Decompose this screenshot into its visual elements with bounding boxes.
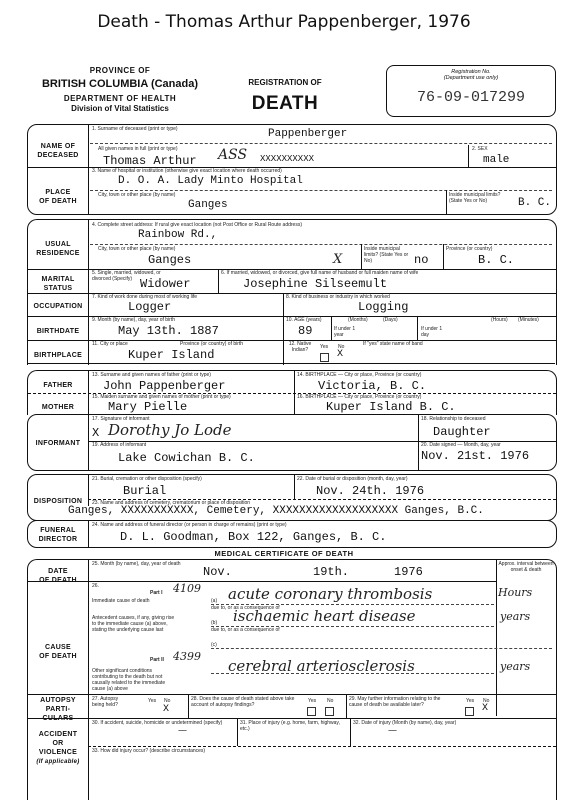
label-birthdate: BIRTHDATE <box>28 327 88 336</box>
section-disposition: DISPOSITION 21. Burial, cremation or oth… <box>27 474 557 521</box>
birth-city-label: 11. City or place <box>92 341 128 347</box>
label-cause-of-death: CAUSEOF DEATH <box>28 643 88 661</box>
label-occupation: OCCUPATION <box>28 302 88 311</box>
immediate-cause-label: Immediate cause of death <box>92 598 150 604</box>
q31-label: 31. Place of injury (e.g. home, farm, hi… <box>240 720 340 732</box>
disposition-method-value: Burial <box>123 484 166 498</box>
other-conditions-label: Other significant conditions contributin… <box>92 668 177 692</box>
section-funeral-director: FUNERALDIRECTOR 24. Name and address of … <box>27 520 557 548</box>
medical-certificate-title: MEDICAL CERTIFICATE OF DEATH <box>0 549 568 558</box>
q32-label: 32. Date of injury (Month (by name), day… <box>353 720 456 726</box>
antecedent-label: Antecedent causes, if any, giving rise t… <box>92 615 177 633</box>
label-funeral-director: FUNERALDIRECTOR <box>28 526 88 544</box>
part2-label: Part II <box>150 657 164 663</box>
death-municipal-label: Inside municipal limits? (State Yes or N… <box>449 192 504 204</box>
q28-yes-checkbox[interactable] <box>307 707 316 716</box>
death-city-label: City, town or other place (by name) <box>98 192 175 198</box>
native-no-mark: X <box>337 349 343 360</box>
label-accident-or-violence: ACCIDENTORVIOLENCE(If applicable) <box>28 730 88 767</box>
label-usual-residence: USUALRESIDENCE <box>28 240 88 258</box>
band-label: If "yes" state name of band <box>363 341 423 347</box>
section-informant: INFORMANT 17. Signature of informant X D… <box>27 414 557 471</box>
hospital-label: 3. Name of hospital or institution (othe… <box>92 168 282 174</box>
birth-city-value: Kuper Island <box>128 348 214 362</box>
death-year: 1976 <box>394 565 423 579</box>
given-names-label: All given names in full (print or type) <box>98 146 177 152</box>
informant-address-value: Lake Cowichan B. C. <box>118 451 255 465</box>
business-value: Logging <box>358 300 408 314</box>
section-parents: FATHER 13. Surname and given names of fa… <box>27 370 557 415</box>
minutes-label: (Minutes) <box>518 317 539 323</box>
res-city-label: City, town or other place (by name) <box>98 246 175 252</box>
q29-yes-checkbox[interactable] <box>465 707 474 716</box>
q28-yes: Yes <box>308 698 316 704</box>
cause-b-interval: years <box>500 610 530 623</box>
if-applicable: (If applicable) <box>36 759 79 765</box>
sex-value: male <box>483 154 509 166</box>
given-struck-text: XXXXXXXXXX <box>260 154 314 164</box>
months-label: (Months) <box>348 317 368 323</box>
marital-value: Widower <box>140 277 190 291</box>
q28-no: No <box>327 698 333 704</box>
mother-birthplace-value: Kuper Island B. C. <box>326 400 456 414</box>
divider <box>27 363 555 364</box>
funeral-director-value: D. L. Goodman, Box 122, Ganges, B. C. <box>120 530 386 544</box>
q27-no-mark: X <box>163 704 169 715</box>
cause-a-value: acute coronary thrombosis <box>228 585 432 603</box>
res-province-label: Province (or country) <box>446 246 492 252</box>
q29-no-mark: X <box>482 703 488 714</box>
part1-code: 4109 <box>173 582 201 595</box>
registration-number: 76-09-017299 <box>387 89 555 106</box>
part2-interval: years <box>500 660 530 673</box>
label-mother: MOTHER <box>28 403 88 412</box>
work-value: Logger <box>128 300 171 314</box>
q28-no-checkbox[interactable] <box>325 707 334 716</box>
father-name-label: 13. Surname and given names of father (p… <box>92 372 211 378</box>
q27-yes: Yes <box>148 698 156 704</box>
native-indian-label: 12. Native Indian? <box>286 341 314 353</box>
death-date-label: 25. Month (by name), day, year of death <box>92 561 181 567</box>
father-birthplace-label: 14. BIRTHPLACE — City or place, Province… <box>297 372 421 378</box>
date-signed-value: Nov. 21st. 1976 <box>421 449 529 463</box>
form-title: REGISTRATION OF DEATH <box>230 78 340 115</box>
under-year-label: If under 1 year <box>334 326 360 338</box>
surname-label: 1. Surname of deceased (print or type) <box>92 126 178 132</box>
death-month: Nov. <box>203 565 232 579</box>
death-heading: DEATH <box>230 93 340 115</box>
label-birthplace: BIRTHPLACE <box>28 351 88 360</box>
relationship-label: 18. Relationship to deceased <box>421 416 486 422</box>
q32-dash: — <box>388 726 397 736</box>
section-residence: USUALRESIDENCE 4. Complete street addres… <box>27 219 557 365</box>
birth-province-label: Province (or country) of birth <box>180 341 243 347</box>
birthdate-value: May 13th. 1887 <box>118 324 219 338</box>
informant-signature: Dorothy Jo Lode <box>108 421 231 439</box>
reg-no-sub: (Department use only) <box>387 75 555 81</box>
street-value: Rainbow Rd., <box>138 229 217 241</box>
q29-label: 29. May further information relating to … <box>349 696 454 708</box>
label-name-of-deceased: NAME OFDECEASED <box>28 142 88 160</box>
spouse-label: 6. If married, widowed, or divorced, giv… <box>221 270 418 276</box>
cause-a-interval: Hours <box>498 586 532 599</box>
given-names-value: Thomas Arthur <box>103 154 197 168</box>
province-of: PROVINCE OF <box>40 66 200 75</box>
mother-name-value: Mary Pielle <box>108 400 187 414</box>
q27-label: 27. Autopsy being held? <box>92 696 127 708</box>
days-label: (Days) <box>383 317 398 323</box>
res-city-mark: X <box>333 252 342 267</box>
res-province-value: B. C. <box>478 253 514 267</box>
age-value: 89 <box>298 324 312 338</box>
hospital-value: D. O. A. Lady Minto Hospital <box>118 175 303 187</box>
section-medical: DATEOF DEATH 25. Month (by name), day, y… <box>27 559 557 800</box>
death-municipal-value: B. C. <box>518 197 551 209</box>
hours-label: (Hours) <box>491 317 508 323</box>
cause-b-value: ischaemic heart disease <box>233 607 416 625</box>
res-city-value: Ganges <box>148 253 191 267</box>
label-informant: INFORMANT <box>28 439 88 448</box>
native-yes-checkbox[interactable] <box>320 353 329 362</box>
part2-code: 4399 <box>173 650 201 663</box>
sex-label: 2. SEX <box>472 146 488 152</box>
given-annotation: ASS <box>218 147 247 163</box>
label-father: FATHER <box>28 381 88 390</box>
father-birthplace-value: Victoria, B. C. <box>318 379 426 393</box>
province-header: PROVINCE OF BRITISH COLUMBIA (Canada) DE… <box>40 66 200 113</box>
part1-label: Part I <box>150 590 163 596</box>
page-title: Death - Thomas Arthur Pappenberger, 1976 <box>0 12 568 32</box>
department-name: DEPARTMENT OF HEALTH <box>40 94 200 103</box>
q30-dash: — <box>178 726 187 736</box>
registration-of: REGISTRATION OF <box>230 78 340 87</box>
disposition-method-label: 21. Burial, cremation or other dispositi… <box>92 476 202 482</box>
death-day: 19th. <box>313 565 349 579</box>
label-date-of-death: DATEOF DEATH <box>28 567 88 585</box>
street-label: 4. Complete street address: If rural giv… <box>92 222 302 228</box>
signature-x: X <box>92 426 99 440</box>
province-name: BRITISH COLUMBIA (Canada) <box>40 78 200 90</box>
interval-label: Approx. interval between onset & death <box>498 561 554 573</box>
q33-label: 33. How did injury occur? (describe circ… <box>92 748 205 754</box>
disposition-date-value: Nov. 24th. 1976 <box>316 484 424 498</box>
due-to-b: due to, or as a consequence of <box>211 627 280 633</box>
date-signed-label: 20. Date signed — Month, day, year <box>421 442 501 448</box>
res-municipal-label: Inside municipal limits? (State Yes or N… <box>364 246 412 264</box>
q30-label: 30. If accident, suicide, homicide or un… <box>92 720 232 726</box>
spouse-value: Josephine Silseemult <box>243 277 387 291</box>
cause-number: 26. <box>92 583 99 589</box>
surname-value: Pappenberger <box>268 128 347 140</box>
father-name-value: John Pappenberger <box>103 379 225 393</box>
under-day-label: If under 1 day <box>421 326 447 338</box>
division-name: Division of Vital Statistics <box>40 104 200 113</box>
relationship-value: Daughter <box>433 425 491 439</box>
q28-label: 28. Does the cause of death stated above… <box>191 696 301 708</box>
registration-number-box: Registration No. (Department use only) 7… <box>386 65 556 117</box>
label-place-of-death: PLACEOF DEATH <box>28 188 88 206</box>
funeral-director-label: 24. Name and address of funeral director… <box>92 522 287 528</box>
informant-address-label: 19. Address of informant <box>92 442 146 448</box>
q29-yes: Yes <box>466 698 474 704</box>
age-label: 10. AGE (years) <box>286 317 322 323</box>
cemetery-value: Ganges, XXXXXXXXXXX, Cemetery, XXXXXXXXX… <box>68 505 484 517</box>
death-city-value: Ganges <box>188 199 228 211</box>
section-deceased: NAME OFDECEASED 1. Surname of deceased (… <box>27 124 557 215</box>
res-municipal-value: no <box>414 253 428 267</box>
disposition-date-label: 22. Date of burial or disposition (month… <box>297 476 408 482</box>
label-marital-status: MARITALSTATUS <box>28 275 88 293</box>
native-yes-label: Yes <box>320 344 328 350</box>
birthdate-label: 9. Month (by name), day, year of birth <box>92 317 175 323</box>
